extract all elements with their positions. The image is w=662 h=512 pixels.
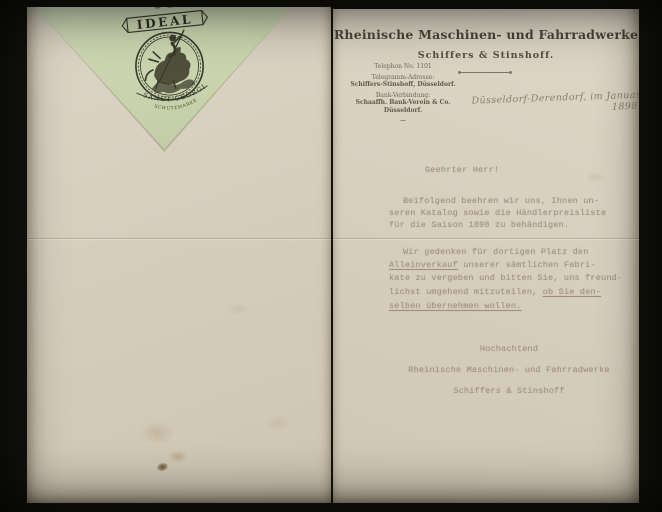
paper-stain bbox=[139, 421, 175, 445]
fold-crease bbox=[333, 238, 639, 239]
letter-page-right: Rheinische Maschinen- und Fahrradwerke S… bbox=[333, 9, 639, 503]
body-line: Alleinverkauf unserer sämtlichen Fabri- bbox=[389, 260, 596, 270]
closing-line: Hochachtend bbox=[389, 344, 629, 354]
body-line: selben übernehmen wollen. bbox=[389, 301, 522, 311]
ideal-st-george-emblem: IDEAL SANCT GEORGIUS SCHUTZMARKE bbox=[116, 7, 221, 122]
letterhead-company-name: Rheinische Maschinen- und Fahrradwerke bbox=[333, 27, 639, 42]
body-line: seren Katalog sowie die Händlerpreislist… bbox=[389, 208, 606, 218]
telegram-label: Telegramm-Adresse: bbox=[341, 74, 465, 82]
fold-crease bbox=[27, 238, 331, 239]
paper-stain bbox=[265, 415, 291, 431]
signature-company: Rheinische Maschinen- und Fahrradwerke bbox=[389, 365, 629, 375]
paper-stain bbox=[227, 303, 249, 315]
contact-flourish: ~ bbox=[341, 117, 465, 125]
body-text: unserer sämtlichen Fabri- bbox=[458, 260, 596, 270]
salutation: Geehrter Herr! bbox=[425, 165, 499, 175]
telegram-value: Schiffers-Stinshoff, Düsseldorf. bbox=[341, 81, 465, 89]
body-text: lichst umgehend mitzuteilen, bbox=[389, 287, 543, 297]
letterhead-subtitle: Schiffers & Stinshoff. bbox=[333, 50, 639, 61]
cut-print-mark bbox=[167, 7, 173, 8]
letterhead-contact-block: Telephon No. 1101 Telegramm-Adresse: Sch… bbox=[341, 63, 465, 128]
bank-label: Bank-Verbindung: bbox=[341, 92, 465, 100]
body-line: Beifolgend beehren wir uns, Ihnen un- bbox=[403, 196, 599, 206]
body-line: lichst umgehend mitzuteilen, ob Sie den- bbox=[389, 287, 601, 297]
underlined-text: ob Sie den- bbox=[543, 287, 601, 297]
logo-banner-text: IDEAL bbox=[136, 12, 194, 32]
underlined-text: selben übernehmen wollen. bbox=[389, 301, 522, 311]
paper-stain bbox=[585, 171, 605, 183]
letter-page-left: IDEAL SANCT GEORGIUS SCHUTZMARKE bbox=[27, 7, 331, 503]
bank-value-line1: Schaaffh. Bank-Verein & Co. bbox=[341, 99, 465, 107]
paper-dark-spot bbox=[156, 462, 169, 473]
body-line: Wir gedenken für dortigen Platz den bbox=[403, 247, 589, 257]
paper-stain bbox=[168, 450, 188, 463]
scanned-letter-photo: IDEAL SANCT GEORGIUS SCHUTZMARKE Rheinis… bbox=[0, 0, 662, 512]
signature-name: Schiffers & Stinshoff bbox=[389, 386, 629, 396]
subtitle-flourish bbox=[461, 72, 509, 76]
telephone-line: Telephon No. 1101 bbox=[341, 63, 465, 71]
bank-value-line2: Düsseldorf. bbox=[341, 107, 465, 115]
cut-print-mark bbox=[155, 7, 160, 9]
body-line: kate zu vergeben und bitten Sie, uns fre… bbox=[389, 273, 622, 283]
underlined-text: Alleinverkauf bbox=[389, 260, 458, 270]
body-line: für die Saison 1898 zu behändigen. bbox=[389, 220, 569, 230]
handwritten-dateline: Düsseldorf-Derendorf, im Januar 1898. bbox=[451, 90, 639, 119]
